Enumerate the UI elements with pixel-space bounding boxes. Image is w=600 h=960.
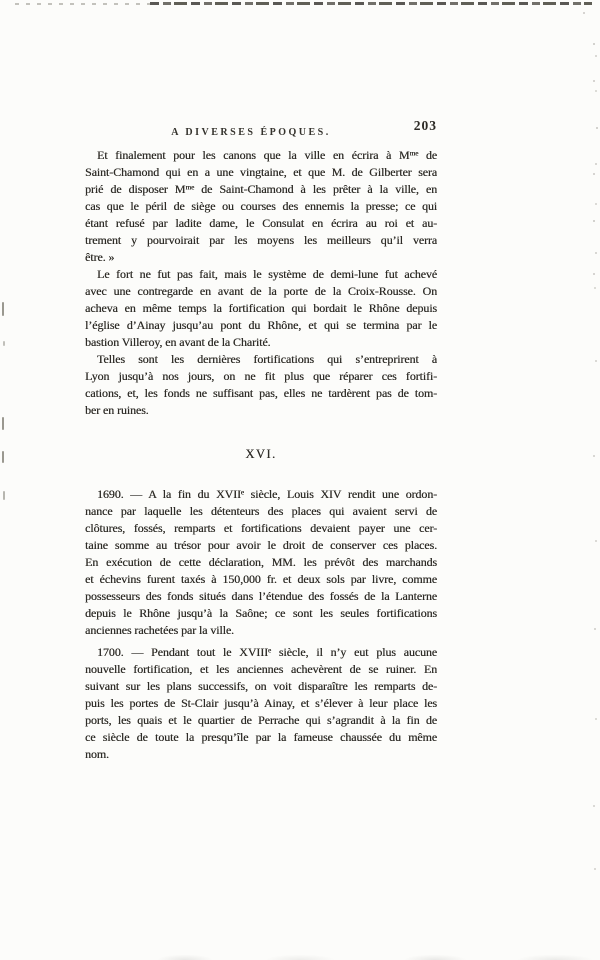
scan-artifact-margin-dash xyxy=(2,417,4,430)
text-line: trement y pourvoirait par les moyens les… xyxy=(85,232,437,249)
scan-artifact-top-edge xyxy=(150,2,592,5)
page-content: A DIVERSES ÉPOQUES. 203 Et finalement po… xyxy=(85,122,437,763)
scanned-book-page: A DIVERSES ÉPOQUES. 203 Et finalement po… xyxy=(0,0,600,960)
text-line: ce siècle de toute la presqu’île par la … xyxy=(85,729,437,746)
text-line: ports, les quais et le quartier de Perra… xyxy=(85,712,437,729)
scan-artifact-margin-dash xyxy=(2,302,4,316)
text-line: Telles sont les dernières fortifications… xyxy=(85,351,437,368)
text-line: possesseurs des fonds situés dans l’éten… xyxy=(85,588,437,605)
paragraph-4: 1690. — A la fin du XVIIᵉ siècle, Louis … xyxy=(85,486,437,639)
running-header-title: A DIVERSES ÉPOQUES. xyxy=(171,127,330,138)
text-line: taine somme au trésor pour avoir le droi… xyxy=(85,537,437,554)
paragraph-3: Telles sont les dernières fortifications… xyxy=(85,351,437,419)
scan-artifact-bottom-smudge xyxy=(0,948,600,960)
text-line: nance par laquelle les détenteurs des pl… xyxy=(85,503,437,520)
text-line: être. » xyxy=(85,249,437,266)
paragraph-2: Le fort ne fut pas fait, mais le système… xyxy=(85,266,437,351)
text-line: clôtures, fossés, remparts et fortificat… xyxy=(85,520,437,537)
scan-artifact-margin-dash xyxy=(3,341,5,346)
text-line: étant refusé par ladite dame, le Consula… xyxy=(85,215,437,232)
text-line: cas que le péril de siège ou courses des… xyxy=(85,198,437,215)
text-line: anciennes rachetées par la ville. xyxy=(85,622,437,639)
text-line: Le fort ne fut pas fait, mais le système… xyxy=(85,266,437,283)
text-line: l’église d’Ainay jusqu’au pont du Rhône,… xyxy=(85,317,437,334)
text-line: Et finalement pour les canons que la vil… xyxy=(85,147,437,164)
text-line: avec une contregarde en avant de la port… xyxy=(85,283,437,300)
text-line: depuis le Rhône jusqu’à la Saône; ce son… xyxy=(85,605,437,622)
paragraph-1: Et finalement pour les canons que la vil… xyxy=(85,147,437,266)
text-line: 1690. — A la fin du XVIIᵉ siècle, Louis … xyxy=(85,486,437,503)
page-number: 203 xyxy=(414,118,437,134)
text-line: prié de disposer Mᵐᵉ de Saint-Chamond à … xyxy=(85,181,437,198)
text-line: puis les portes de St-Clair jusqu’à Aina… xyxy=(85,695,437,712)
scan-artifact-dust-specks xyxy=(0,0,2,2)
paragraph-5: 1700. — Pendant tout le XVIIIᵉ siècle, i… xyxy=(85,644,437,763)
scan-artifact-margin-dash xyxy=(3,491,5,500)
text-line: et échevins furent taxés à 150,000 fr. e… xyxy=(85,571,437,588)
text-line: acheva en même temps la fortification qu… xyxy=(85,300,437,317)
text-line: bastion Villeroy, en avant de la Charité… xyxy=(85,334,437,351)
scan-artifact-top-edge-faint xyxy=(15,3,150,5)
text-line: suivant sur les plans successifs, on voi… xyxy=(85,678,437,695)
text-line: ber en ruines. xyxy=(85,402,437,419)
text-line: 1700. — Pendant tout le XVIIIᵉ siècle, i… xyxy=(85,644,437,661)
text-line: Lyon jusqu’à nos jours, on ne fit plus q… xyxy=(85,368,437,385)
text-line: Saint-Chamond qui en a une vingtaine, et… xyxy=(85,164,437,181)
section-heading: XVI. xyxy=(85,446,437,463)
text-line: En exécution de cette déclaration, MM. l… xyxy=(85,554,437,571)
text-line: cations, et, les fonds ne suffisant pas,… xyxy=(85,385,437,402)
text-line: nouvelle fortification, et les anciennes… xyxy=(85,661,437,678)
running-header: A DIVERSES ÉPOQUES. 203 xyxy=(85,122,437,136)
scan-artifact-margin-dash xyxy=(2,451,4,463)
text-line: nom. xyxy=(85,746,437,763)
